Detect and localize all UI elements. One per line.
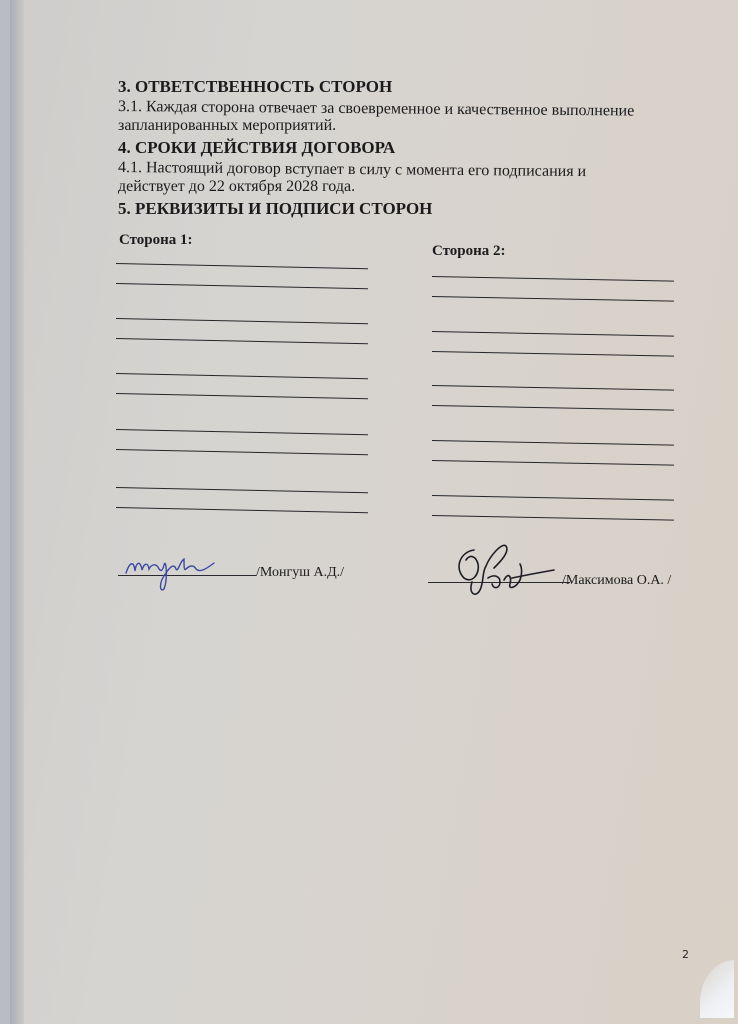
requisites-blank-line [432, 440, 674, 446]
requisites-blank-line [116, 449, 368, 456]
document-page: 3. ОТВЕТСТВЕННОСТЬ СТОРОН 3.1. Каждая ст… [10, 0, 738, 1024]
party-1-signature-icon [122, 543, 222, 593]
section-3-heading: 3. ОТВЕТСТВЕННОСТЬ СТОРОН [118, 77, 392, 97]
requisites-blank-line [432, 296, 674, 302]
party-2-signature-icon [450, 538, 570, 602]
page-corner-curl [700, 960, 734, 1018]
requisites-blank-line [116, 283, 368, 290]
requisites-blank-line [116, 373, 368, 380]
section-5-heading: 5. РЕКВИЗИТЫ И ПОДПИСИ СТОРОН [118, 199, 432, 219]
section-4-clause-line-2: действует до 22 октября 2028 года. [118, 178, 355, 196]
requisites-blank-line [432, 351, 674, 357]
requisites-blank-line [432, 405, 674, 411]
requisites-blank-line [432, 495, 674, 501]
requisites-blank-line [432, 460, 674, 466]
requisites-blank-line [116, 263, 368, 270]
party-2-label: Сторона 2: [432, 243, 506, 260]
requisites-blank-line [116, 318, 368, 325]
party-1-label: Сторона 1: [119, 232, 193, 249]
page-number: 2 [682, 948, 689, 961]
party-1-signer-name: /Монгуш А.Д./ [256, 565, 344, 581]
requisites-blank-line [116, 393, 368, 400]
requisites-blank-line [432, 515, 674, 521]
requisites-blank-line [432, 276, 674, 282]
requisites-blank-line [116, 487, 368, 494]
requisites-blank-line [432, 385, 674, 391]
section-3-clause-line-2: запланированных мероприятий. [118, 117, 336, 135]
requisites-blank-line [116, 338, 368, 345]
section-4-heading: 4. СРОКИ ДЕЙСТВИЯ ДОГОВОРА [118, 138, 395, 158]
requisites-blank-line [116, 507, 368, 514]
party-2-signer-name: /Максимова О.А. / [562, 573, 671, 589]
requisites-blank-line [116, 429, 368, 436]
page-edge-shadow [10, 0, 24, 1024]
requisites-blank-line [432, 331, 674, 337]
